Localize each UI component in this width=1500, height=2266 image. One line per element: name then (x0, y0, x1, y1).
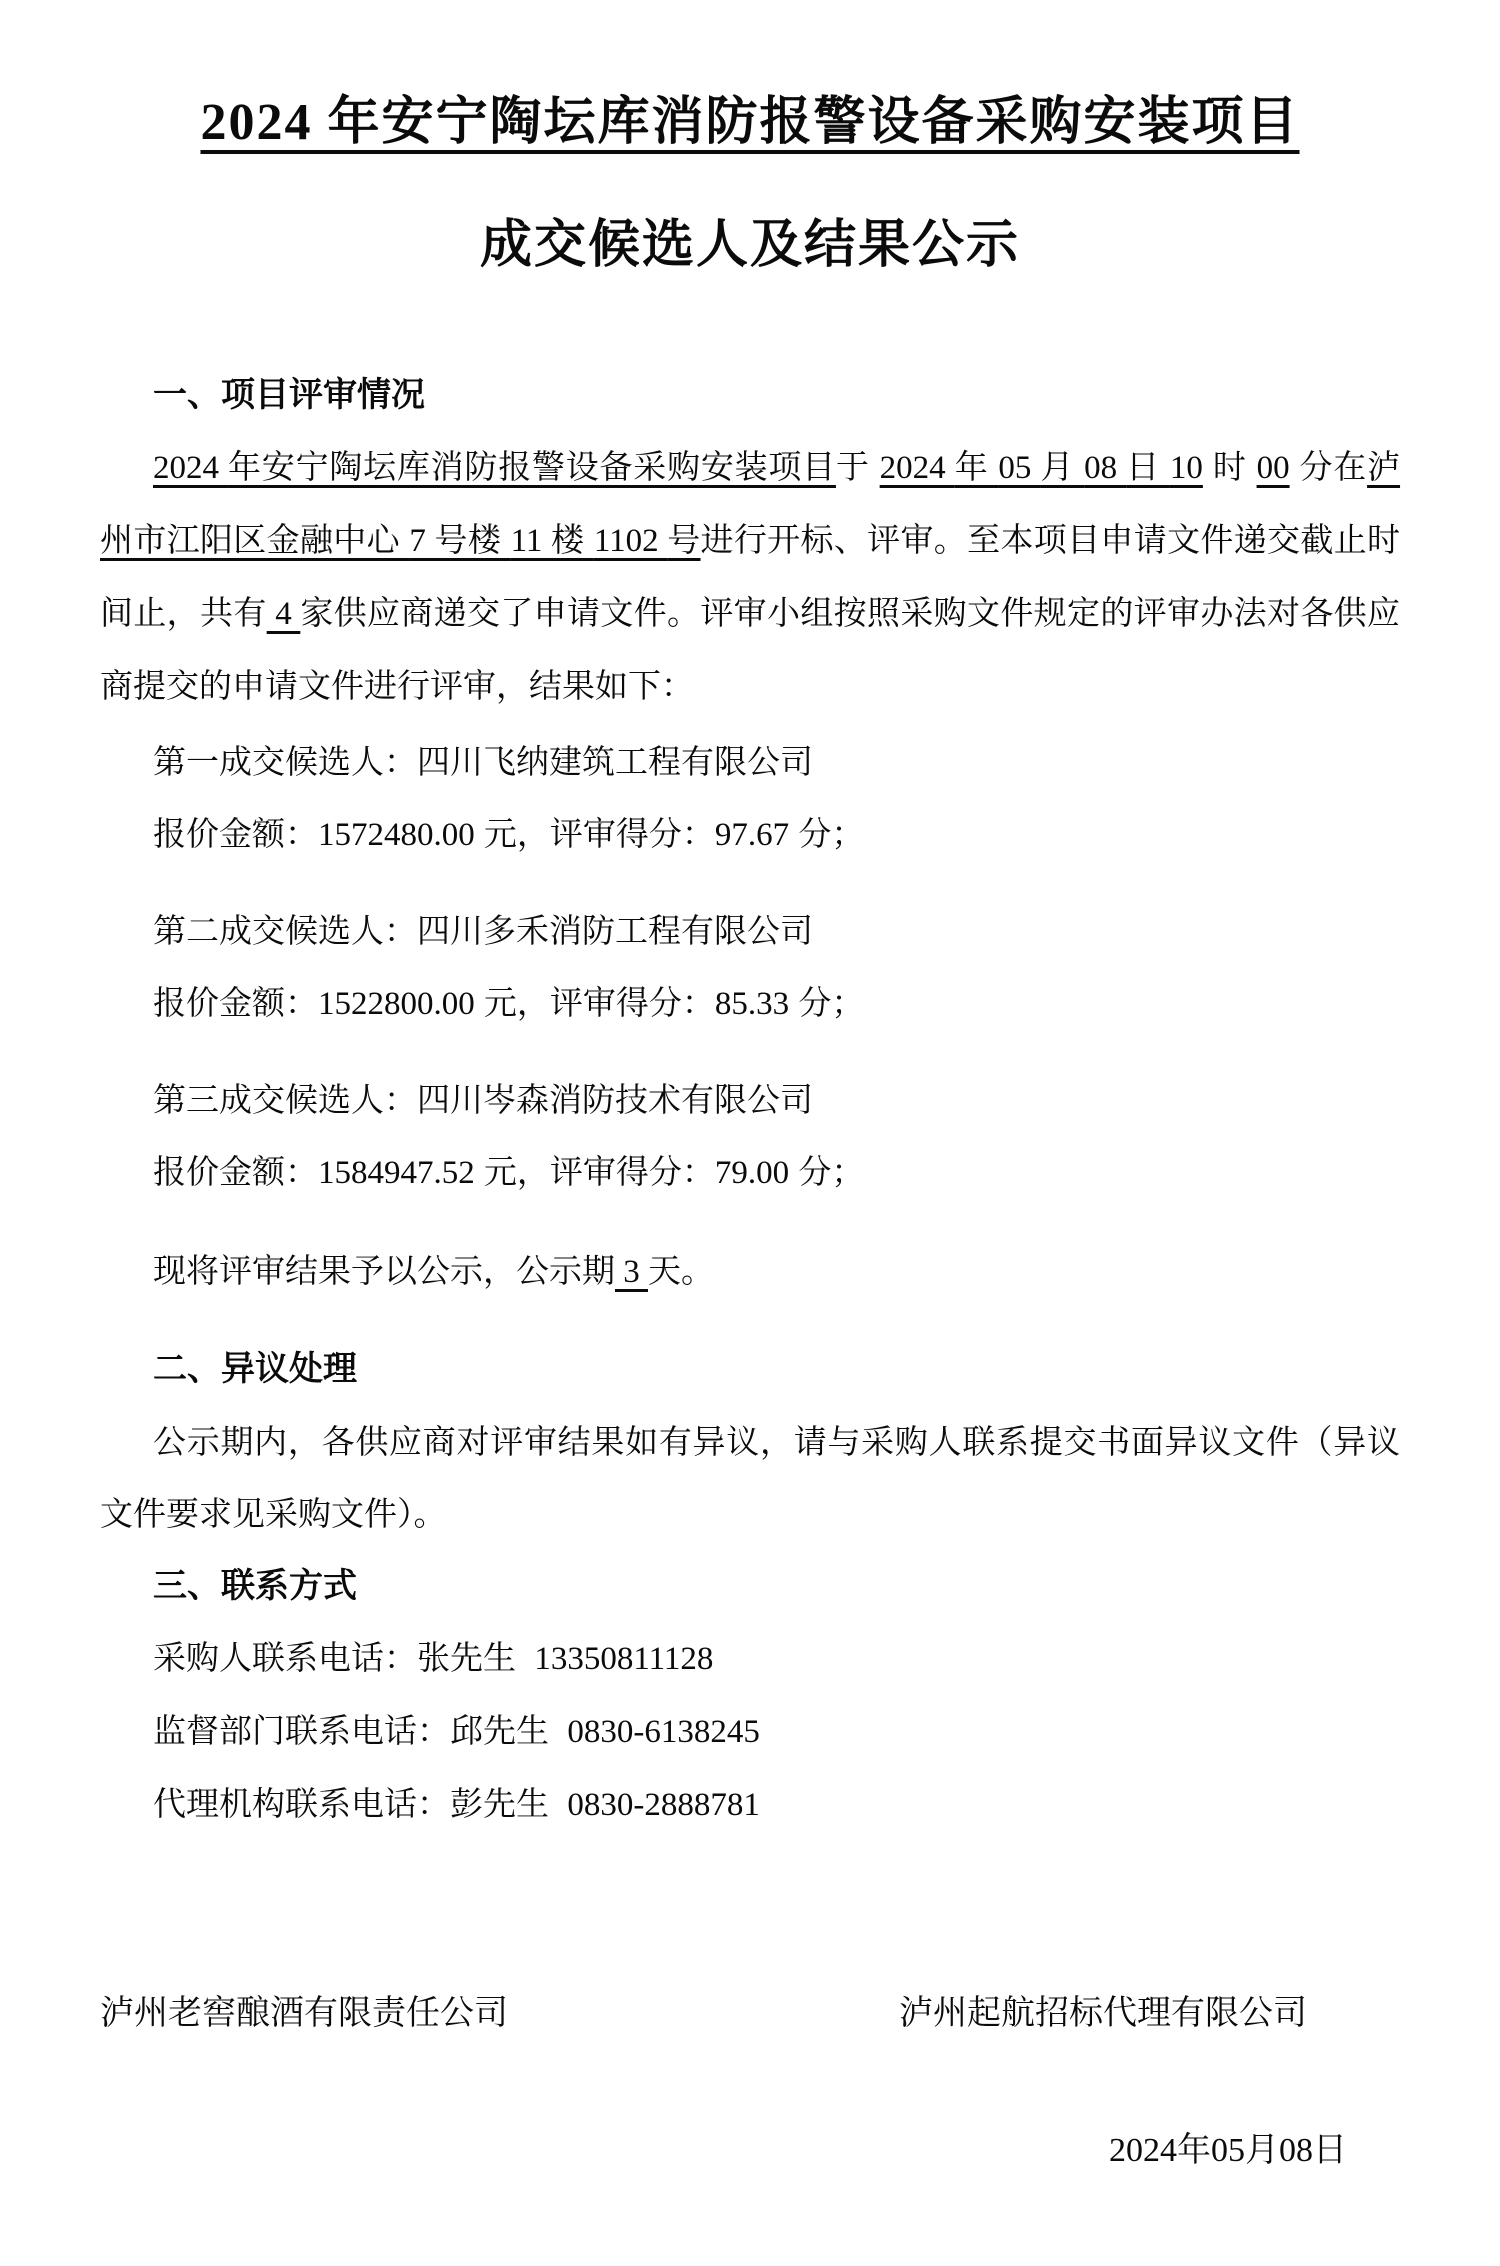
candidate-2-price: 报价金额：1522800.00 元，评审得分：85.33 分； (100, 967, 1400, 1040)
contact-purchaser-line: 采购人联系电话：张先生 13350811128 (100, 1622, 1400, 1695)
publicity-period-line: 现将评审结果予以公示，公示期 3 天。 (100, 1235, 1400, 1308)
candidate-1-name: 第一成交候选人：四川飞纳建筑工程有限公司 (100, 726, 1400, 798)
contact-supervisor-line: 监督部门联系电话：邱先生 0830-6138245 (100, 1695, 1400, 1768)
contact-agency-line: 代理机构联系电话：彭先生 0830-2888781 (100, 1768, 1400, 1841)
document-date: 2024年05月08日 (100, 2114, 1400, 2187)
candidate-block-1: 第一成交候选人：四川飞纳建筑工程有限公司 报价金额：1572480.00 元，评… (100, 726, 1400, 871)
candidate-3-name: 第三成交候选人：四川岑森消防技术有限公司 (100, 1064, 1400, 1136)
candidate-block-2: 第二成交候选人：四川多禾消防工程有限公司 报价金额：1522800.00 元，评… (100, 895, 1400, 1040)
page-title-line2: 成交候选人及结果公示 (100, 208, 1400, 283)
candidate-1-price: 报价金额：1572480.00 元，评审得分：97.67 分； (100, 798, 1400, 871)
page-title-line1-text: 2024 年安宁陶坛库消防报警设备采购安装项目 (200, 93, 1299, 151)
announcement-document: 2024 年安宁陶坛库消防报警设备采购安装项目 成交候选人及结果公示 一、项目评… (0, 0, 1500, 2266)
section-objection-heading: 二、异议处理 (100, 1333, 1400, 1405)
signature-row: 泸州老窖酿酒有限责任公司 泸州起航招标代理有限公司 (100, 1977, 1400, 2049)
purchaser-company-name: 泸州老窖酿酒有限责任公司 (100, 1977, 508, 2049)
objection-paragraph: 公示期内，各供应商对评审结果如有异议，请与采购人联系提交书面异议文件（异议文件要… (100, 1406, 1400, 1550)
page-title-line1: 2024 年安宁陶坛库消防报警设备采购安装项目 (100, 85, 1400, 160)
section-review-heading: 一、项目评审情况 (100, 359, 1400, 431)
candidate-3-price: 报价金额：1584947.52 元，评审得分：79.00 分； (100, 1136, 1400, 1209)
section-contact-heading: 三、联系方式 (100, 1550, 1400, 1622)
candidate-block-3: 第三成交候选人：四川岑森消防技术有限公司 报价金额：1584947.52 元，评… (100, 1064, 1400, 1209)
review-paragraph: 2024 年安宁陶坛库消防报警设备采购安装项目于 2024 年 05 月 08 … (100, 431, 1400, 722)
page-title-line2-text: 成交候选人及结果公示 (480, 216, 1020, 274)
agency-company-name: 泸州起航招标代理有限公司 (899, 1977, 1307, 2049)
candidate-2-name: 第二成交候选人：四川多禾消防工程有限公司 (100, 895, 1400, 967)
